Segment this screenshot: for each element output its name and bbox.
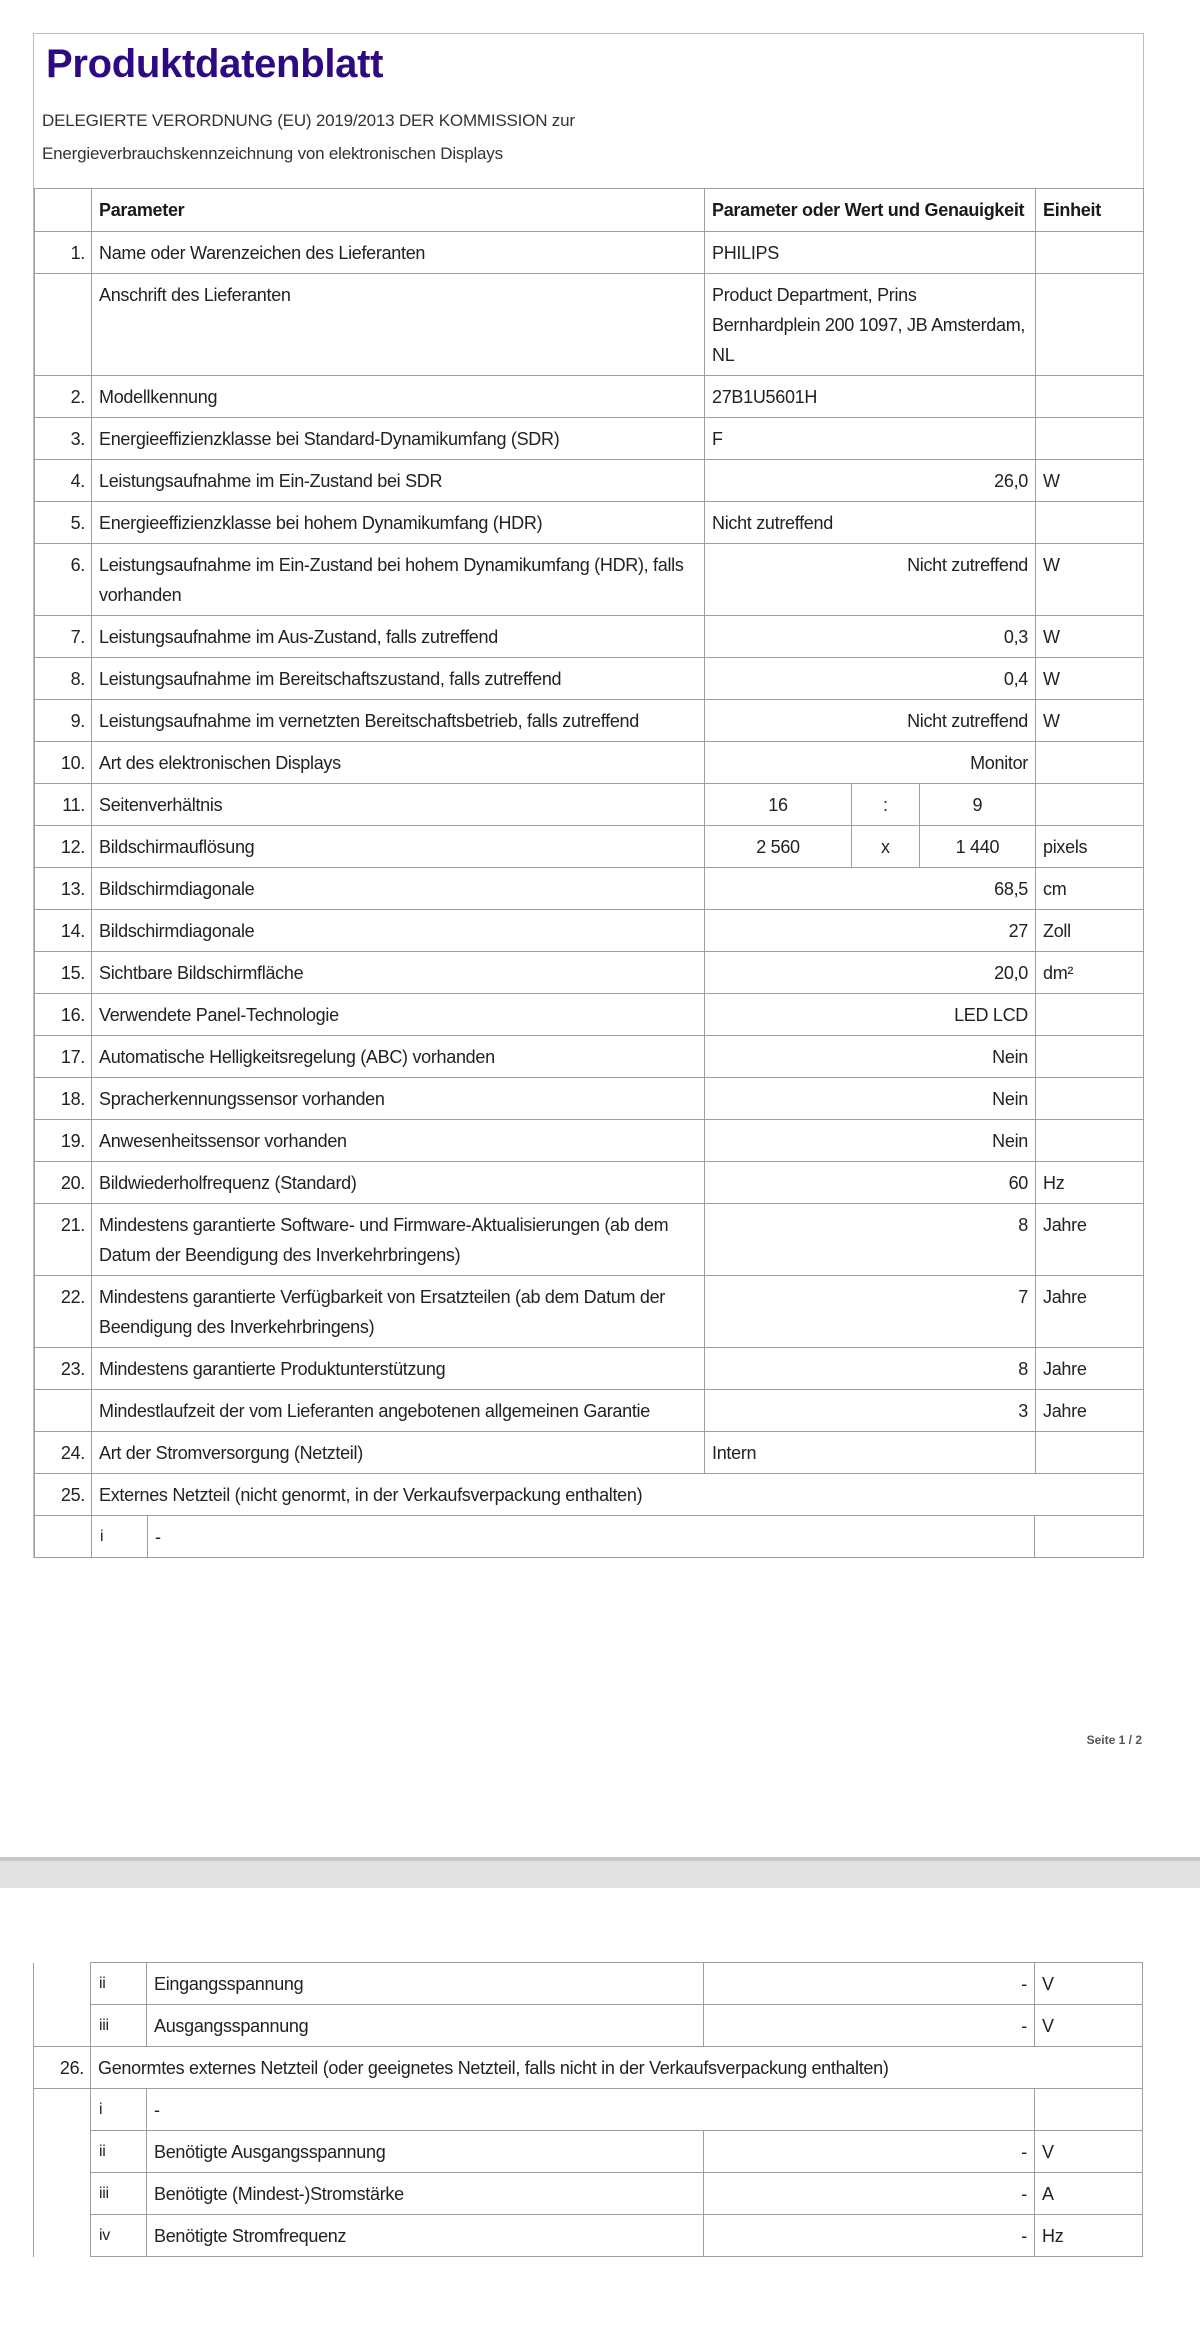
table-row: 2.Modellkennung27B1U5601H <box>35 376 1144 418</box>
table-row: 22.Mindestens garantierte Verfügbarkeit … <box>35 1276 1144 1348</box>
row-value: 60 <box>705 1162 1036 1204</box>
sub-row-value: - <box>704 2173 1035 2215</box>
page-number-label: Seite 1 / 2 <box>1087 1733 1142 1747</box>
page-2: iiEingangsspannung-ViiiAusgangsspannung-… <box>33 1962 1142 2257</box>
subtitle-line-2: Energieverbrauchskennzeichnung von elekt… <box>42 140 1143 168</box>
row-value: 26,0 <box>705 460 1036 502</box>
row-value: Nicht zutreffend <box>705 502 1036 544</box>
table-row: 17.Automatische Helligkeitsregelung (ABC… <box>35 1036 1144 1078</box>
value-part-a: 16 <box>705 784 852 825</box>
page-separator <box>0 1857 1200 1888</box>
row-parameter: Mindestens garantierte Verfügbarkeit von… <box>92 1276 705 1348</box>
row-parameter: Mindestlaufzeit der vom Lieferanten ange… <box>92 1390 705 1432</box>
row-number: 9. <box>35 700 92 742</box>
row-number <box>34 1963 91 2005</box>
row-number: 5. <box>35 502 92 544</box>
row-number: 26. <box>34 2047 91 2089</box>
table-row: 26.Genormtes externes Netzteil (oder gee… <box>34 2047 1143 2089</box>
row-unit: W <box>1036 658 1144 700</box>
row-unit <box>1036 1078 1144 1120</box>
row-unit <box>1036 274 1144 376</box>
header-unit: Einheit <box>1036 189 1144 232</box>
row-parameter: Energieeffizienzklasse bei hohem Dynamik… <box>92 502 705 544</box>
header-value: Parameter oder Wert und Genauigkeit <box>705 189 1036 232</box>
row-number: 7. <box>35 616 92 658</box>
table-row: 6.Leistungsaufnahme im Ein-Zustand bei h… <box>35 544 1144 616</box>
row-value-split: 2 560x1 440 <box>705 826 1036 868</box>
value-separator: : <box>852 784 920 825</box>
row-unit: Zoll <box>1036 910 1144 952</box>
row-parameter: Leistungsaufnahme im vernetzten Bereitsc… <box>92 700 705 742</box>
row-number: 24. <box>35 1432 92 1474</box>
sub-row-parameter: Ausgangsspannung <box>147 2005 704 2047</box>
row-number <box>34 2005 91 2047</box>
row-value: 7 <box>705 1276 1036 1348</box>
row-value: 0,4 <box>705 658 1036 700</box>
table-row: 3.Energieeffizienzklasse bei Standard-Dy… <box>35 418 1144 460</box>
table-header-row: Parameter Parameter oder Wert und Genaui… <box>35 189 1144 232</box>
row-value: Intern <box>705 1432 1036 1474</box>
table-row: 13.Bildschirmdiagonale68,5cm <box>35 868 1144 910</box>
row-number <box>34 2173 91 2215</box>
subtitle-line-1: DELEGIERTE VERORDNUNG (EU) 2019/2013 DER… <box>42 102 1143 140</box>
value-part-a: 2 560 <box>705 826 852 867</box>
row-unit <box>1036 502 1144 544</box>
table-sub-row: iiEingangsspannung-V <box>34 1963 1143 2005</box>
row-parameter: Bildschirmauflösung <box>92 826 705 868</box>
table-row: 21.Mindestens garantierte Software- und … <box>35 1204 1144 1276</box>
table-row: 7.Leistungsaufnahme im Aus-Zustand, fall… <box>35 616 1144 658</box>
row-unit <box>1036 418 1144 460</box>
regulation-subtitle: DELEGIERTE VERORDNUNG (EU) 2019/2013 DER… <box>34 98 1143 188</box>
table-row: 18.Spracherkennungssensor vorhandenNein <box>35 1078 1144 1120</box>
table-row: 24.Art der Stromversorgung (Netzteil)Int… <box>35 1432 1144 1474</box>
row-number: 3. <box>35 418 92 460</box>
table-sub-row: iiiAusgangsspannung-V <box>34 2005 1143 2047</box>
sub-row-index: ii <box>91 1963 147 2005</box>
row-number: 20. <box>35 1162 92 1204</box>
row-number: 8. <box>35 658 92 700</box>
row-value: 27 <box>705 910 1036 952</box>
header-number <box>35 189 92 232</box>
table-sub-row: ivBenötigte Stromfrequenz-Hz <box>34 2215 1143 2257</box>
row-value: Nein <box>705 1036 1036 1078</box>
table-sub-row: i- <box>34 2089 1143 2131</box>
row-parameter: Seitenverhältnis <box>92 784 705 826</box>
sub-row-index: ii <box>91 2131 147 2173</box>
row-number: 15. <box>35 952 92 994</box>
sub-row-unit: Hz <box>1035 2215 1143 2257</box>
row-number: 4. <box>35 460 92 502</box>
row-number <box>35 274 92 376</box>
row-number <box>34 2215 91 2257</box>
row-parameter: Bildwiederholfrequenz (Standard) <box>92 1162 705 1204</box>
row-number: 10. <box>35 742 92 784</box>
sub-row-index: i <box>91 2089 147 2131</box>
row-number: 11. <box>35 784 92 826</box>
row-parameter: Spracherkennungssensor vorhanden <box>92 1078 705 1120</box>
row-parameter: Mindestens garantierte Produktunterstütz… <box>92 1348 705 1390</box>
row-number <box>34 2089 91 2131</box>
row-parameter: Genormtes externes Netzteil (oder geeign… <box>91 2047 1143 2089</box>
value-separator: x <box>852 826 920 867</box>
row-value: 8 <box>705 1204 1036 1276</box>
sub-row-value: - <box>704 2005 1035 2047</box>
row-parameter: Leistungsaufnahme im Bereitschaftszustan… <box>92 658 705 700</box>
row-parameter: Art der Stromversorgung (Netzteil) <box>92 1432 705 1474</box>
row-value: Product Department, Prins Bernhardplein … <box>705 274 1036 376</box>
table-row: Mindestlaufzeit der vom Lieferanten ange… <box>35 1390 1144 1432</box>
row-number: 2. <box>35 376 92 418</box>
table-sub-row: iiBenötigte Ausgangsspannung-V <box>34 2131 1143 2173</box>
row-number: 19. <box>35 1120 92 1162</box>
row-parameter: Automatische Helligkeitsregelung (ABC) v… <box>92 1036 705 1078</box>
sub-row-unit: V <box>1035 1963 1143 2005</box>
sub-row-unit <box>1035 2089 1143 2131</box>
sub-row-parameter: Benötigte Stromfrequenz <box>147 2215 704 2257</box>
row-unit: cm <box>1036 868 1144 910</box>
table-row: 20.Bildwiederholfrequenz (Standard)60Hz <box>35 1162 1144 1204</box>
sub-row-index: i <box>92 1516 148 1557</box>
product-data-table: Parameter Parameter oder Wert und Genaui… <box>34 188 1144 1558</box>
row-value-split: 16:9 <box>705 784 1036 826</box>
table-row: 9.Leistungsaufnahme im vernetzten Bereit… <box>35 700 1144 742</box>
row-number: 14. <box>35 910 92 952</box>
sub-row-unit: V <box>1035 2005 1143 2047</box>
row-unit <box>1036 1036 1144 1078</box>
row-unit: W <box>1036 616 1144 658</box>
row-parameter: Bildschirmdiagonale <box>92 868 705 910</box>
page-1: Produktdatenblatt DELEGIERTE VERORDNUNG … <box>33 33 1144 1558</box>
row-unit <box>1036 376 1144 418</box>
row-parameter: Energieeffizienzklasse bei Standard-Dyna… <box>92 418 705 460</box>
table-row: 4.Leistungsaufnahme im Ein-Zustand bei S… <box>35 460 1144 502</box>
table-row: 12.Bildschirmauflösung2 560x1 440pixels <box>35 826 1144 868</box>
row-number: 12. <box>35 826 92 868</box>
row-value: LED LCD <box>705 994 1036 1036</box>
table-row: 19.Anwesenheitssensor vorhandenNein <box>35 1120 1144 1162</box>
row-number: 25. <box>35 1474 92 1516</box>
row-number: 22. <box>35 1276 92 1348</box>
row-number <box>35 1390 92 1432</box>
sub-row-parameter: Benötigte (Mindest-)Stromstärke <box>147 2173 704 2215</box>
row-number <box>34 2131 91 2173</box>
row-parameter: Leistungsaufnahme im Ein-Zustand bei hoh… <box>92 544 705 616</box>
row-value: 68,5 <box>705 868 1036 910</box>
table-row: 1.Name oder Warenzeichen des Lieferanten… <box>35 232 1144 274</box>
row-number: 6. <box>35 544 92 616</box>
table-row: 5.Energieeffizienzklasse bei hohem Dynam… <box>35 502 1144 544</box>
row-number: 21. <box>35 1204 92 1276</box>
row-unit: W <box>1036 460 1144 502</box>
table-sub-row: iiiBenötigte (Mindest-)Stromstärke-A <box>34 2173 1143 2215</box>
value-part-b: 1 440 <box>919 826 1035 867</box>
row-number: 1. <box>35 232 92 274</box>
table-row: Anschrift des LieferantenProduct Departm… <box>35 274 1144 376</box>
row-parameter: Name oder Warenzeichen des Lieferanten <box>92 232 705 274</box>
sub-row-parameter: - <box>147 2089 1035 2131</box>
table-row: 16.Verwendete Panel-TechnologieLED LCD <box>35 994 1144 1036</box>
sub-row-value: - <box>704 2131 1035 2173</box>
row-value: F <box>705 418 1036 460</box>
sub-row-unit <box>1035 1516 1144 1557</box>
row-unit <box>1036 742 1144 784</box>
row-unit: W <box>1036 544 1144 616</box>
sub-row-index: iii <box>91 2005 147 2047</box>
sub-row-index: iii <box>91 2173 147 2215</box>
table-row: 15.Sichtbare Bildschirmfläche20,0dm² <box>35 952 1144 994</box>
sub-row-text: - <box>148 1516 1035 1557</box>
row-parameter: Bildschirmdiagonale <box>92 910 705 952</box>
row-value: Nicht zutreffend <box>705 700 1036 742</box>
row-unit <box>1036 232 1144 274</box>
table-row: 25.Externes Netzteil (nicht genormt, in … <box>35 1474 1144 1516</box>
row-parameter: Mindestens garantierte Software- und Fir… <box>92 1204 705 1276</box>
table-row: 23.Mindestens garantierte Produktunterst… <box>35 1348 1144 1390</box>
row-unit <box>1036 994 1144 1036</box>
row-unit: Hz <box>1036 1162 1144 1204</box>
row-value: 3 <box>705 1390 1036 1432</box>
sub-row-unit: V <box>1035 2131 1143 2173</box>
row-parameter: Anschrift des Lieferanten <box>92 274 705 376</box>
sub-row-value: - <box>704 1963 1035 2005</box>
sub-row-parameter: Benötigte Ausgangsspannung <box>147 2131 704 2173</box>
row-value: Nein <box>705 1120 1036 1162</box>
page-title: Produktdatenblatt <box>34 34 1143 98</box>
table-sub-row: i- <box>35 1516 1144 1558</box>
sub-row-container: i- <box>92 1516 1144 1558</box>
row-parameter: Externes Netzteil (nicht genormt, in der… <box>92 1474 1144 1516</box>
row-value: PHILIPS <box>705 232 1036 274</box>
row-value: 8 <box>705 1348 1036 1390</box>
row-parameter: Leistungsaufnahme im Ein-Zustand bei SDR <box>92 460 705 502</box>
table-row: 8.Leistungsaufnahme im Bereitschaftszust… <box>35 658 1144 700</box>
row-number: 18. <box>35 1078 92 1120</box>
row-value: 20,0 <box>705 952 1036 994</box>
row-number <box>35 1516 92 1558</box>
sub-row-value: - <box>704 2215 1035 2257</box>
row-unit: Jahre <box>1036 1276 1144 1348</box>
row-parameter: Art des elektronischen Displays <box>92 742 705 784</box>
table-row: 11.Seitenverhältnis16:9 <box>35 784 1144 826</box>
row-value: Nicht zutreffend <box>705 544 1036 616</box>
row-parameter: Anwesenheitssensor vorhanden <box>92 1120 705 1162</box>
row-parameter: Sichtbare Bildschirmfläche <box>92 952 705 994</box>
row-value: 0,3 <box>705 616 1036 658</box>
product-data-table-continued: iiEingangsspannung-ViiiAusgangsspannung-… <box>33 1962 1143 2257</box>
row-number: 17. <box>35 1036 92 1078</box>
sub-row-unit: A <box>1035 2173 1143 2215</box>
table-row: 10.Art des elektronischen DisplaysMonito… <box>35 742 1144 784</box>
row-unit <box>1036 784 1144 826</box>
row-value: Nein <box>705 1078 1036 1120</box>
row-unit: dm² <box>1036 952 1144 994</box>
row-number: 13. <box>35 868 92 910</box>
table-row: 14.Bildschirmdiagonale27Zoll <box>35 910 1144 952</box>
row-number: 23. <box>35 1348 92 1390</box>
row-value: 27B1U5601H <box>705 376 1036 418</box>
header-parameter: Parameter <box>92 189 705 232</box>
row-parameter: Verwendete Panel-Technologie <box>92 994 705 1036</box>
value-part-b: 9 <box>919 784 1035 825</box>
row-unit <box>1036 1432 1144 1474</box>
row-value: Monitor <box>705 742 1036 784</box>
row-unit: Jahre <box>1036 1390 1144 1432</box>
row-number: 16. <box>35 994 92 1036</box>
sub-row-index: iv <box>91 2215 147 2257</box>
row-unit: Jahre <box>1036 1348 1144 1390</box>
sub-row-parameter: Eingangsspannung <box>147 1963 704 2005</box>
row-unit: pixels <box>1036 826 1144 868</box>
row-parameter: Modellkennung <box>92 376 705 418</box>
row-parameter: Leistungsaufnahme im Aus-Zustand, falls … <box>92 616 705 658</box>
row-unit <box>1036 1120 1144 1162</box>
row-unit: W <box>1036 700 1144 742</box>
row-unit: Jahre <box>1036 1204 1144 1276</box>
